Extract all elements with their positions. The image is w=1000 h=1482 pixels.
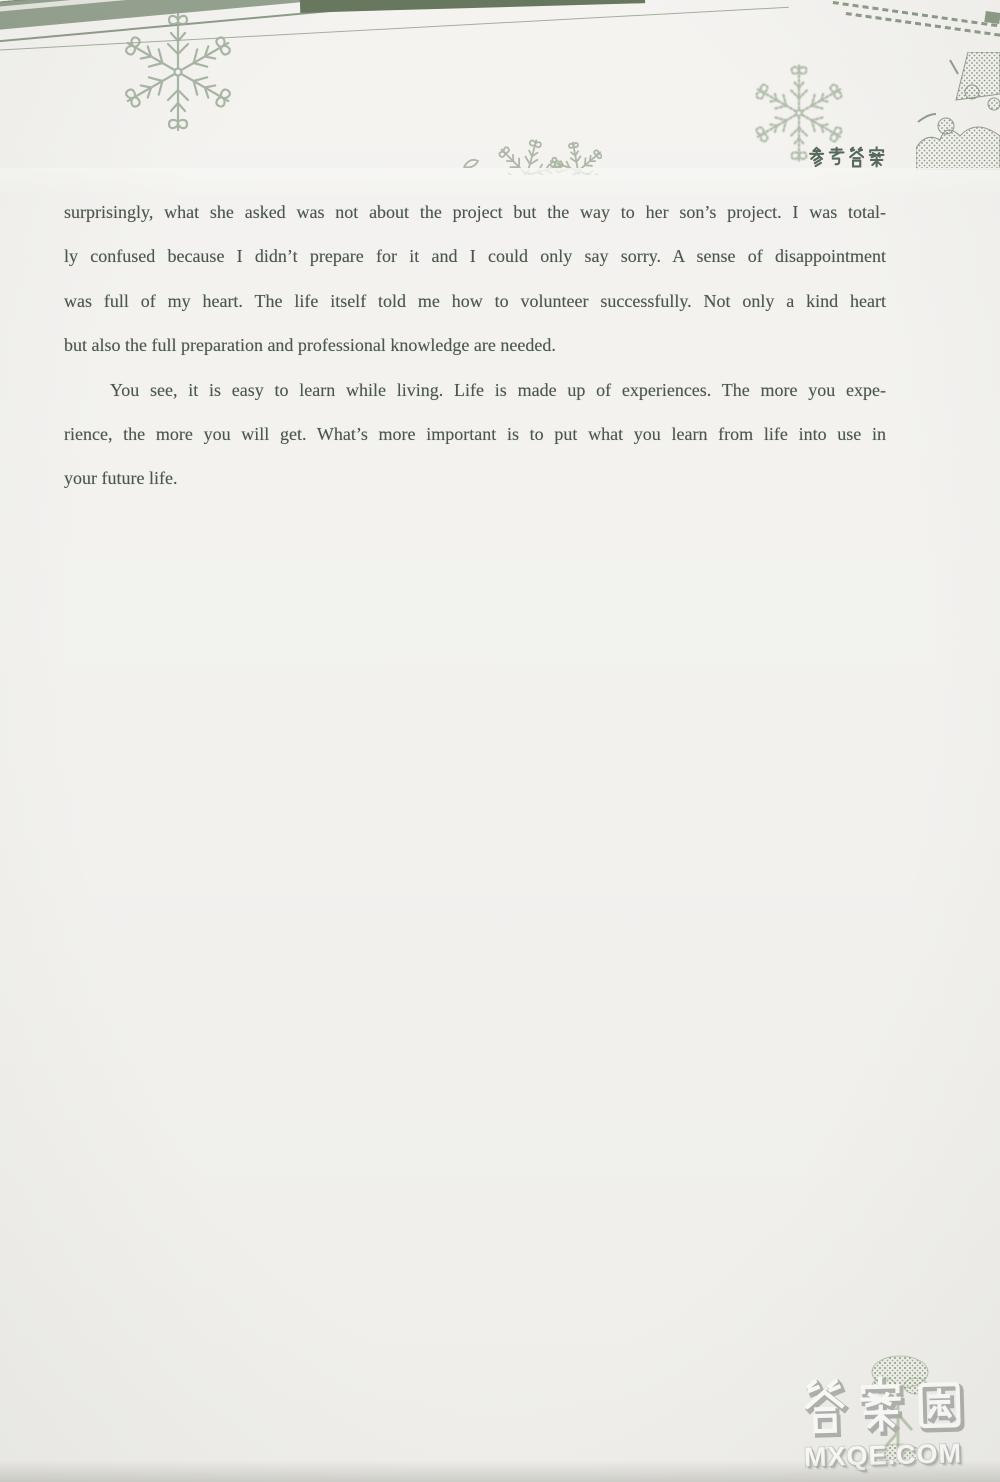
text-line: surprisingly, what she asked was not abo… bbox=[64, 190, 886, 234]
scanned-answer-page: 参考答案 surprisingly, what she asked was no… bbox=[0, 0, 1000, 1482]
paragraph: surprisingly, what she asked was not abo… bbox=[64, 190, 886, 368]
text-line: your future life. bbox=[64, 456, 886, 500]
watermark: 答案圈 MXQE.COM bbox=[802, 1362, 988, 1476]
watermark-logo-graphic bbox=[801, 1374, 975, 1442]
snowflake-ornate-icon bbox=[112, 2, 244, 140]
document-text: surprisingly, what she asked was not abo… bbox=[64, 190, 886, 501]
text-line: You see, it is easy to learn while livin… bbox=[64, 368, 886, 412]
text-line: ly confused because I didn’t prepare for… bbox=[64, 234, 886, 278]
top-edge-band bbox=[300, 0, 645, 13]
text-line: was full of my heart. The life itself to… bbox=[64, 279, 886, 323]
text-line: but also the full preparation and profes… bbox=[64, 323, 886, 367]
text-line: rience, the more you will get. What’s mo… bbox=[64, 412, 886, 456]
corner-band-fragment bbox=[984, 11, 1000, 24]
header-decoration: 参考答案 bbox=[0, 0, 1000, 200]
snowflake-tips-icon bbox=[452, 117, 602, 175]
scan-bottom-edge bbox=[0, 1460, 1000, 1482]
page-title-graphic bbox=[808, 146, 890, 170]
watermark-logo: 答案圈 bbox=[802, 1362, 803, 1363]
paragraph: You see, it is easy to learn while livin… bbox=[64, 368, 886, 501]
landscape-ornament-icon bbox=[916, 52, 1000, 170]
